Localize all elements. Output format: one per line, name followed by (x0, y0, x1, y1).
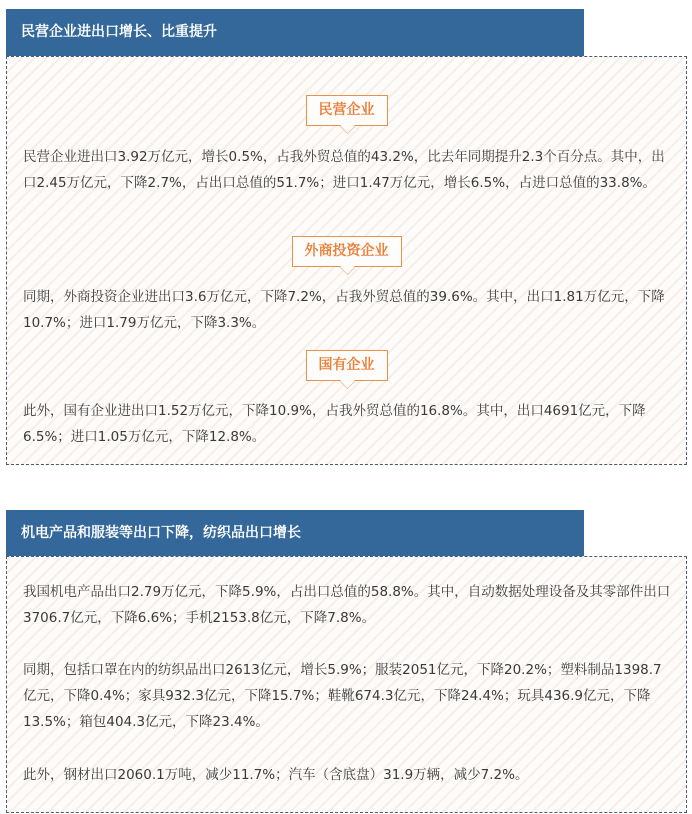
badge-wrap: 民营企业 (7, 95, 686, 126)
paragraph-state-owned-enterprise: 此外，国有企业进出口1.52万亿元，下降10.9%，占我外贸总值的16.8%。其… (23, 398, 673, 450)
section-title: 民营企业进出口增长、比重提升 (21, 24, 217, 40)
badge-foreign-invested-enterprise: 外商投资企业 (292, 236, 402, 267)
badge-wrap: 国有企业 (7, 350, 686, 381)
section-title: 机电产品和服装等出口下降，纺织品出口增长 (21, 525, 301, 541)
section-box-products: 我国机电产品出口2.79万亿元，下降5.9%，占出口总值的58.8%。其中，自动… (6, 556, 687, 813)
badge-private-enterprise: 民营企业 (306, 95, 388, 126)
paragraph-private-enterprise: 民营企业进出口3.92万亿元，增长0.5%，占我外贸总值的43.2%，比去年同期… (23, 144, 673, 196)
paragraph-electromechanical: 我国机电产品出口2.79万亿元，下降5.9%，占出口总值的58.8%。其中，自动… (23, 579, 673, 631)
section-box-enterprise: 民营企业 民营企业进出口3.92万亿元，增长0.5%，占我外贸总值的43.2%，… (6, 56, 687, 465)
section-header-products: 机电产品和服装等出口下降，纺织品出口增长 (6, 510, 584, 557)
paragraph-steel-auto: 此外，钢材出口2060.1万吨，减少11.7%；汽车（含底盘）31.9万辆，减少… (23, 762, 673, 788)
badge-wrap: 外商投资企业 (7, 236, 686, 267)
section-header-private-enterprise: 民营企业进出口增长、比重提升 (6, 9, 584, 56)
badge-state-owned-enterprise: 国有企业 (306, 350, 388, 381)
paragraph-foreign-invested-enterprise: 同期，外商投资企业进出口3.6万亿元，下降7.2%，占我外贸总值的39.6%。其… (23, 284, 673, 336)
paragraph-textiles: 同期，包括口罩在内的纺织品出口2613亿元，增长5.9%；服装2051亿元，下降… (23, 657, 673, 735)
